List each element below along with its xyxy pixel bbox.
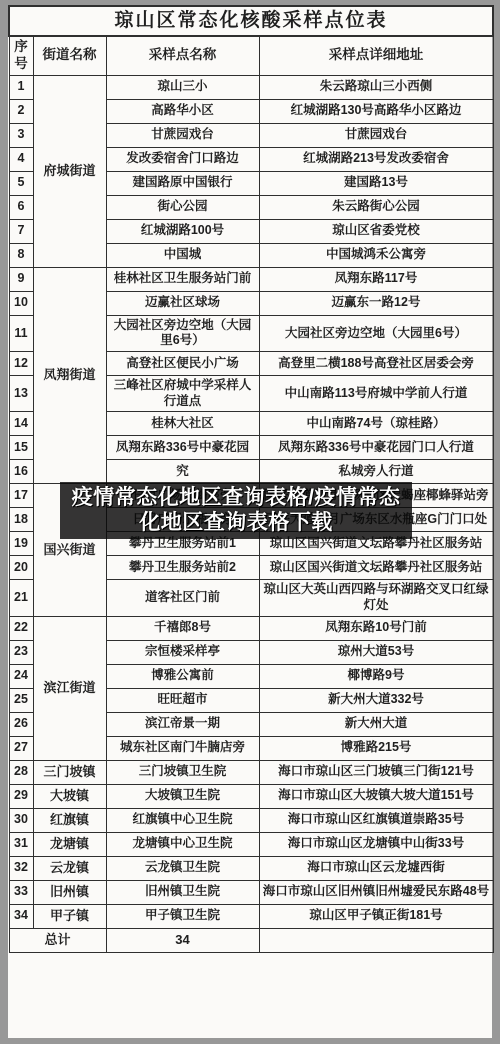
cell-row-number: 26: [9, 712, 33, 736]
cell-row-number: 22: [9, 616, 33, 640]
watermark-banner-line1: 疫情常态化地区查询表格/疫情常态: [72, 486, 401, 509]
cell-site-address: 琼州大道53号: [259, 640, 493, 664]
table-row: 29大坡镇大坡镇卫生院海口市琼山区大坡镇大坡大道151号: [9, 784, 493, 808]
cell-site-address: 海口市琼山区龙塘镇中山街33号: [259, 832, 493, 856]
cell-row-number: 13: [9, 376, 33, 412]
cell-site-name: 红城湖路100号: [106, 219, 259, 243]
cell-row-number: 7: [9, 219, 33, 243]
cell-site-name: 建国路原中国银行: [106, 171, 259, 195]
cell-row-number: 28: [9, 760, 33, 784]
cell-site-name: 发改委宿舍门口路边: [106, 147, 259, 171]
cell-row-number: 10: [9, 291, 33, 315]
cell-site-name: 高路华小区: [106, 99, 259, 123]
footer-total-count: 34: [106, 928, 259, 952]
cell-row-number: 1: [9, 75, 33, 99]
cell-row-number: 23: [9, 640, 33, 664]
cell-street-name: 云龙镇: [33, 856, 106, 880]
cell-row-number: 20: [9, 556, 33, 580]
table-row: 22滨江街道千禧郎8号凤翔东路10号门前: [9, 616, 493, 640]
cell-row-number: 21: [9, 580, 33, 616]
cell-site-name: 街心公园: [106, 195, 259, 219]
cell-site-name: 桂林社区卫生服务站门前: [106, 267, 259, 291]
cell-street-name: 府城街道: [33, 75, 106, 267]
cell-street-name: 凤翔街道: [33, 267, 106, 484]
cell-row-number: 24: [9, 664, 33, 688]
cell-site-name: 红旗镇中心卫生院: [106, 808, 259, 832]
table-row: 32云龙镇云龙镇卫生院海口市琼山区云龙墟西街: [9, 856, 493, 880]
cell-site-name: 博雅公寓前: [106, 664, 259, 688]
col-header-street: 街道名称: [33, 36, 106, 75]
cell-row-number: 12: [9, 352, 33, 376]
cell-site-address: 海口市琼山区云龙墟西街: [259, 856, 493, 880]
cell-row-number: 5: [9, 171, 33, 195]
cell-site-address: 海口市琼山区三门坡镇三门街121号: [259, 760, 493, 784]
cell-site-address: 琼山区甲子镇正街181号: [259, 904, 493, 928]
cell-site-name: 甘蔗园戏台: [106, 123, 259, 147]
cell-site-name: 迈赢社区球场: [106, 291, 259, 315]
footer-total-label: 总计: [9, 928, 106, 952]
cell-site-address: 琼山区省委党校: [259, 219, 493, 243]
cell-street-name: 滨江街道: [33, 616, 106, 760]
cell-site-address: 新大州大道332号: [259, 688, 493, 712]
table-row: 31龙塘镇龙塘镇中心卫生院海口市琼山区龙塘镇中山街33号: [9, 832, 493, 856]
cell-street-name: 三门坡镇: [33, 760, 106, 784]
cell-street-name: 旧州镇: [33, 880, 106, 904]
page-title: 琼山区常态化核酸采样点位表: [9, 6, 493, 36]
cell-site-name: 旺旺超市: [106, 688, 259, 712]
cell-site-address: 红城湖路213号发改委宿舍: [259, 147, 493, 171]
title-row: 琼山区常态化核酸采样点位表: [9, 6, 493, 36]
cell-row-number: 19: [9, 532, 33, 556]
cell-street-name: 红旗镇: [33, 808, 106, 832]
cell-site-name: 道客社区门前: [106, 580, 259, 616]
table-row: 30红旗镇红旗镇中心卫生院海口市琼山区红旗镇道崇路35号: [9, 808, 493, 832]
header-row: 序号 街道名称 采样点名称 采样点详细地址: [9, 36, 493, 75]
table-row: 34甲子镇甲子镇卫生院琼山区甲子镇正街181号: [9, 904, 493, 928]
cell-site-address: 私城旁人行道: [259, 460, 493, 484]
col-header-num: 序号: [9, 36, 33, 75]
cell-site-address: 朱云路街心公园: [259, 195, 493, 219]
footer-empty-cell: [259, 928, 493, 952]
cell-site-name: 千禧郎8号: [106, 616, 259, 640]
cell-row-number: 14: [9, 412, 33, 436]
cell-site-address: 中山南路113号府城中学前人行道: [259, 376, 493, 412]
cell-site-name: 琼山三小: [106, 75, 259, 99]
cell-site-name: 滨江帝景一期: [106, 712, 259, 736]
sampling-points-table: 琼山区常态化核酸采样点位表 序号 街道名称 采样点名称 采样点详细地址 1府城街…: [8, 5, 494, 953]
cell-row-number: 8: [9, 243, 33, 267]
table-row: 1府城街道琼山三小朱云路琼山三小西侧: [9, 75, 493, 99]
footer-row: 总计34: [9, 928, 493, 952]
col-header-site: 采样点名称: [106, 36, 259, 75]
cell-site-address: 中山南路74号（琼桂路）: [259, 412, 493, 436]
cell-site-address: 新大州大道: [259, 712, 493, 736]
table-row: 9凤翔街道桂林社区卫生服务站门前凤翔东路117号: [9, 267, 493, 291]
cell-site-address: 琼山区国兴街道文坛路攀丹社区服务站: [259, 556, 493, 580]
cell-street-name: 龙塘镇: [33, 832, 106, 856]
cell-row-number: 29: [9, 784, 33, 808]
cell-site-name: 究: [106, 460, 259, 484]
cell-site-name: 攀丹卫生服务站前2: [106, 556, 259, 580]
cell-site-name: 城东社区南门牛腩店旁: [106, 736, 259, 760]
cell-site-address: 琼山区大英山西四路与环湖路交叉口红绿灯处: [259, 580, 493, 616]
cell-row-number: 32: [9, 856, 33, 880]
cell-site-address: 海口市琼山区大坡镇大坡大道151号: [259, 784, 493, 808]
cell-site-name: 三峰社区府城中学采样人行道点: [106, 376, 259, 412]
cell-row-number: 11: [9, 315, 33, 351]
cell-row-number: 30: [9, 808, 33, 832]
cell-row-number: 2: [9, 99, 33, 123]
col-header-address: 采样点详细地址: [259, 36, 493, 75]
cell-row-number: 4: [9, 147, 33, 171]
cell-row-number: 25: [9, 688, 33, 712]
cell-site-name: 龙塘镇中心卫生院: [106, 832, 259, 856]
cell-street-name: 甲子镇: [33, 904, 106, 928]
cell-street-name: 大坡镇: [33, 784, 106, 808]
cell-site-name: 凤翔东路336号中豪花园: [106, 436, 259, 460]
cell-site-name: 旧州镇卫生院: [106, 880, 259, 904]
cell-site-address: 大园社区旁边空地（大园里6号）: [259, 315, 493, 351]
cell-row-number: 34: [9, 904, 33, 928]
cell-site-name: 甲子镇卫生院: [106, 904, 259, 928]
cell-site-address: 甘蔗园戏台: [259, 123, 493, 147]
cell-site-name: 中国城: [106, 243, 259, 267]
cell-row-number: 31: [9, 832, 33, 856]
cell-site-address: 朱云路琼山三小西侧: [259, 75, 493, 99]
cell-site-name: 大园社区旁边空地（大园里6号）: [106, 315, 259, 351]
cell-site-address: 博雅路215号: [259, 736, 493, 760]
cell-row-number: 17: [9, 484, 33, 508]
cell-site-address: 中国城鸿禾公寓旁: [259, 243, 493, 267]
watermark-banner: 疫情常态化地区查询表格/疫情常态 化地区查询表格下载: [60, 482, 412, 539]
cell-site-name: 三门坡镇卫生院: [106, 760, 259, 784]
watermark-banner-line2: 化地区查询表格下载: [139, 511, 333, 534]
cell-site-name: 云龙镇卫生院: [106, 856, 259, 880]
cell-site-name: 高登社区便民小广场: [106, 352, 259, 376]
cell-site-name: 大坡镇卫生院: [106, 784, 259, 808]
cell-site-address: 椰博路9号: [259, 664, 493, 688]
cell-row-number: 6: [9, 195, 33, 219]
cell-site-address: 海口市琼山区旧州镇旧州墟爱民东路48号: [259, 880, 493, 904]
cell-row-number: 18: [9, 508, 33, 532]
cell-site-address: 建国路13号: [259, 171, 493, 195]
cell-row-number: 16: [9, 460, 33, 484]
cell-site-address: 凤翔东路336号中豪花园门口人行道: [259, 436, 493, 460]
cell-site-name: 桂林大社区: [106, 412, 259, 436]
cell-row-number: 9: [9, 267, 33, 291]
cell-site-address: 凤翔东路10号门前: [259, 616, 493, 640]
cell-site-address: 凤翔东路117号: [259, 267, 493, 291]
cell-site-address: 高登里二横188号高登社区居委会旁: [259, 352, 493, 376]
cell-row-number: 3: [9, 123, 33, 147]
cell-row-number: 27: [9, 736, 33, 760]
cell-site-address: 红城湖路130号高路华小区路边: [259, 99, 493, 123]
table-row: 33旧州镇旧州镇卫生院海口市琼山区旧州镇旧州墟爱民东路48号: [9, 880, 493, 904]
page: { "page": { "title": "琼山区常态化核酸采样点位表" }, …: [0, 0, 500, 1044]
table-row: 28三门坡镇三门坡镇卫生院海口市琼山区三门坡镇三门街121号: [9, 760, 493, 784]
cell-site-address: 迈赢东一路12号: [259, 291, 493, 315]
cell-site-address: 海口市琼山区红旗镇道崇路35号: [259, 808, 493, 832]
cell-row-number: 33: [9, 880, 33, 904]
cell-row-number: 15: [9, 436, 33, 460]
cell-site-name: 宗恒楼采样亭: [106, 640, 259, 664]
